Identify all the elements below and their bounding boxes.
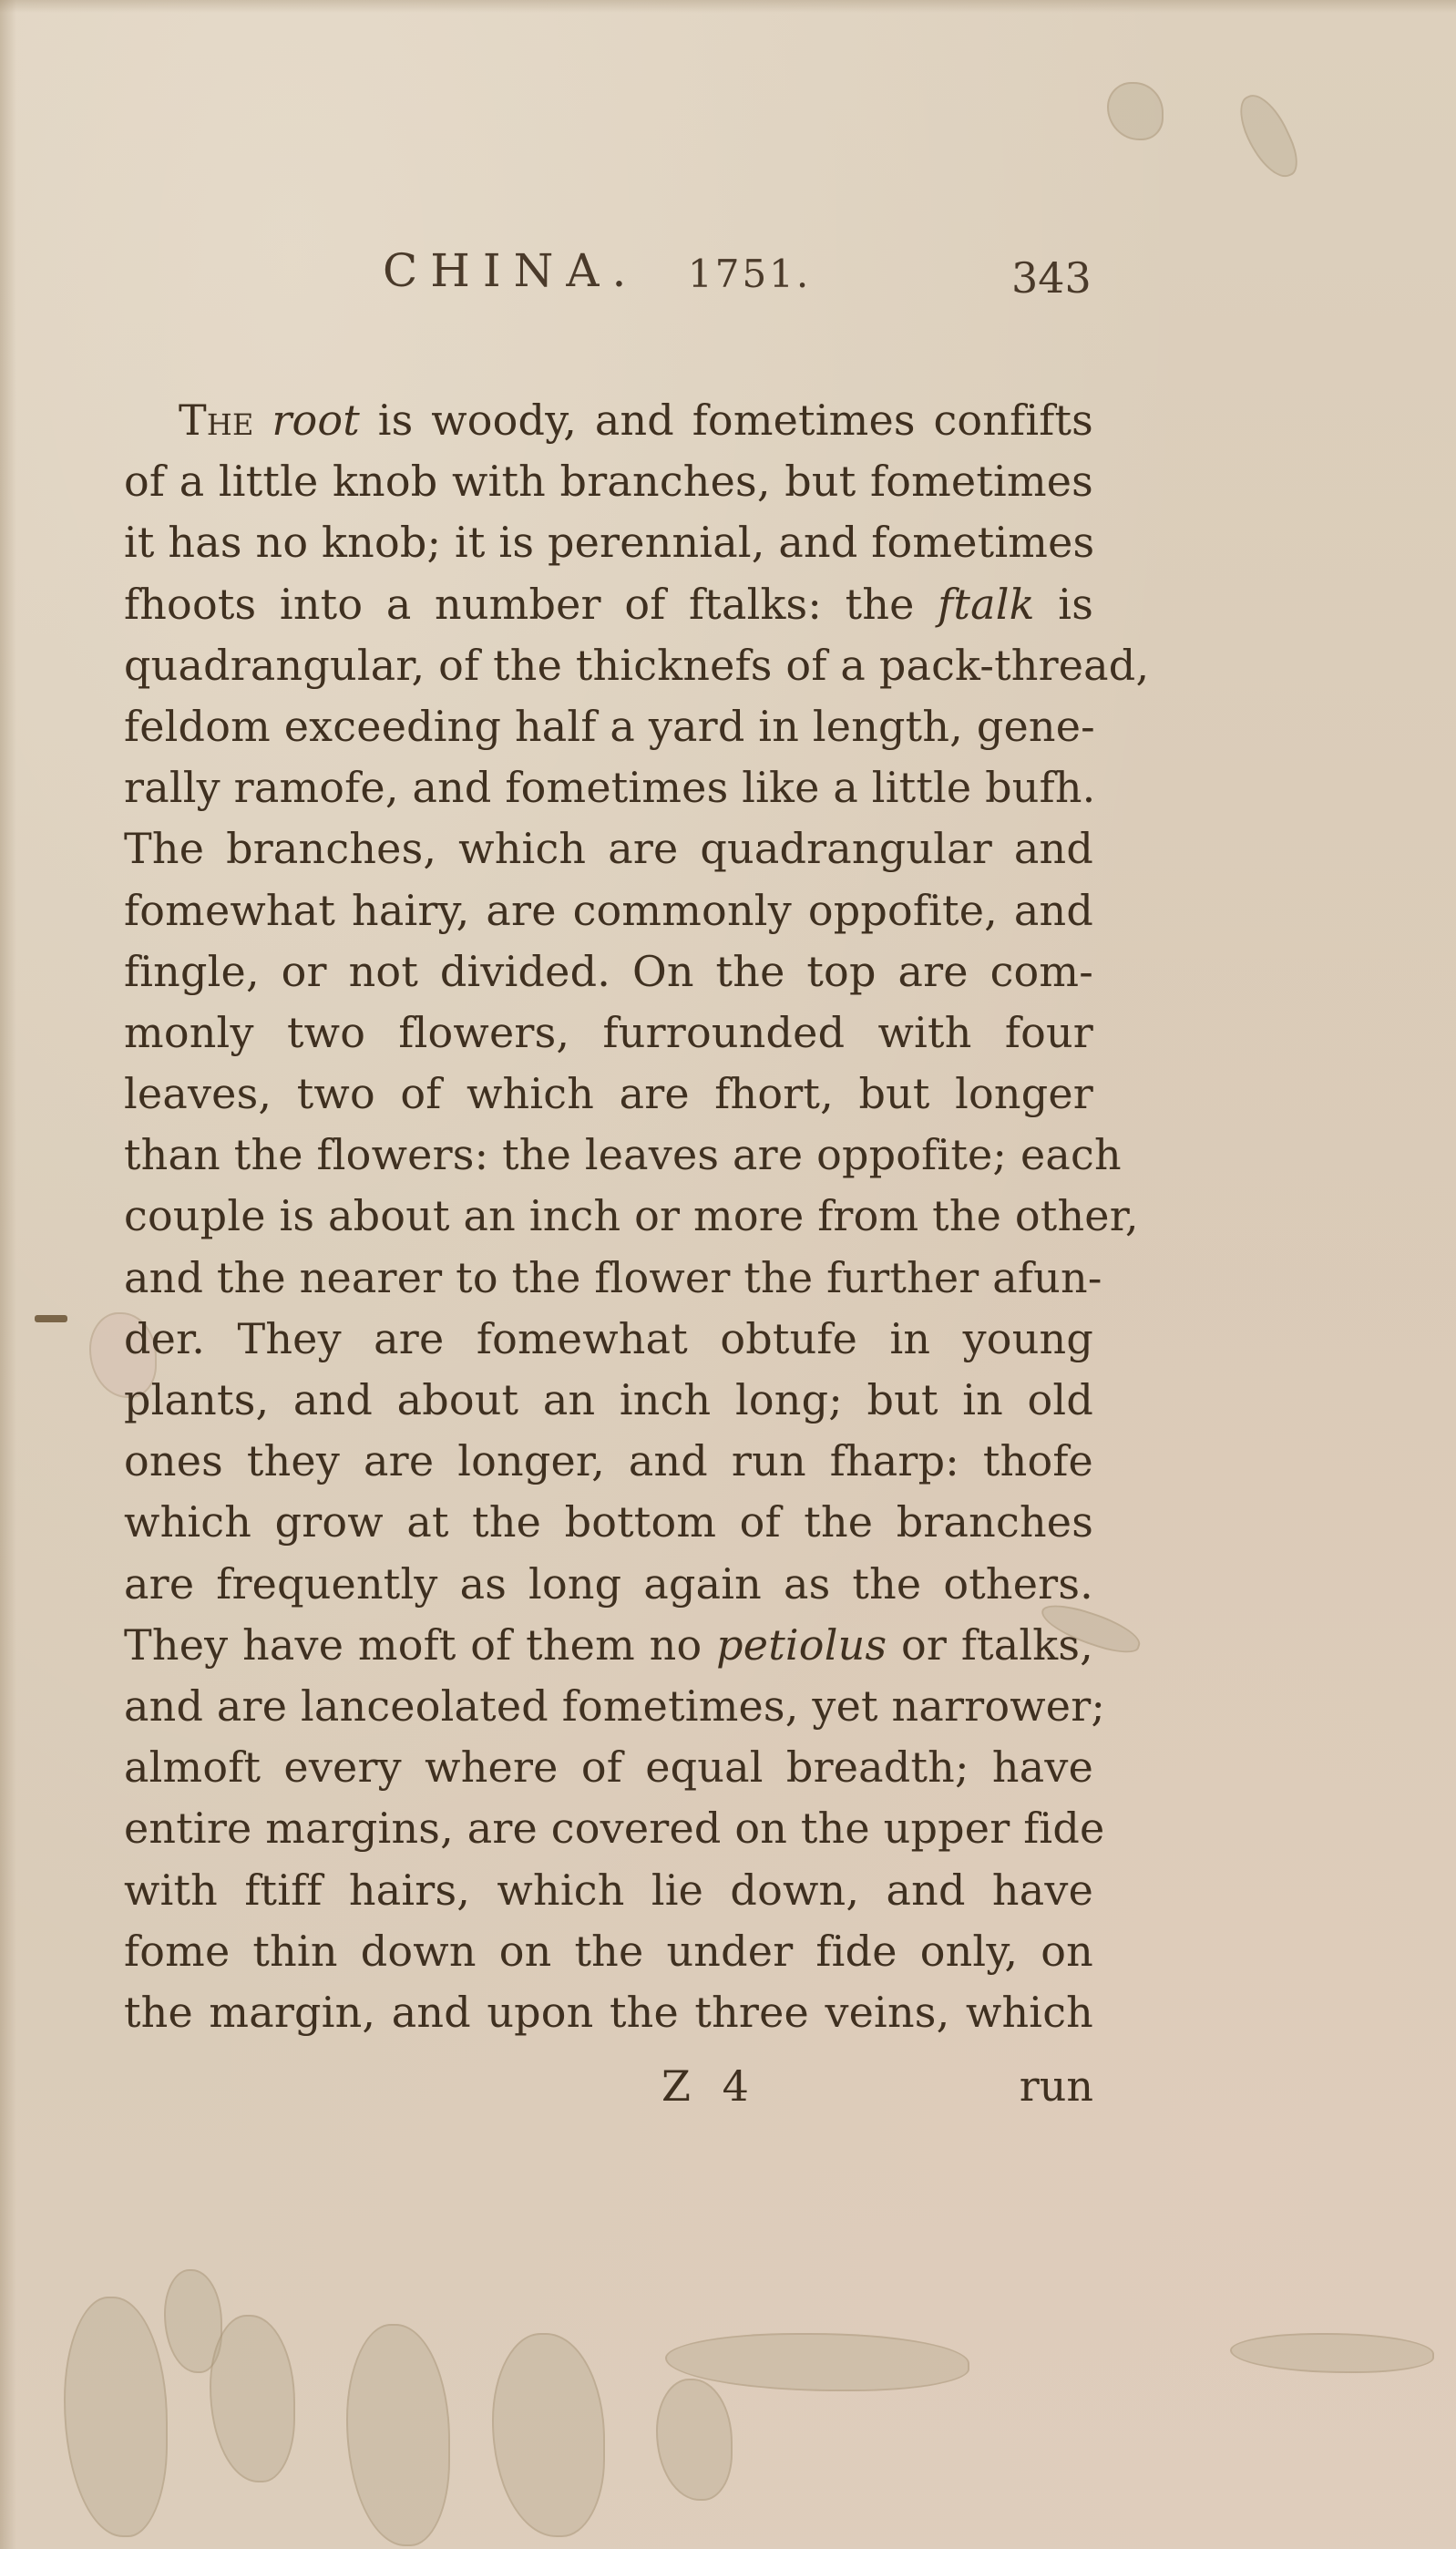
text-line: fome thin down on the under fide only, o… (124, 1921, 1093, 1982)
running-head-title: CHINA. (383, 244, 639, 297)
stain-top-right-2 (1231, 87, 1306, 185)
line-text: is woody, and fometimes confifts (378, 396, 1093, 445)
text-line: with ftiff hairs, which lie down, and ha… (124, 1860, 1093, 1921)
signature-mark: Z 4 (661, 2061, 758, 2111)
text-line: of a little knob with branches, but fome… (124, 451, 1093, 512)
page-footer: Z 4 run (124, 2061, 1093, 2125)
italic-term: root (272, 396, 360, 445)
text-line: quadrangular, of the thicknefs of a pack… (124, 635, 1093, 696)
text-line: The branches, which are quadrangular and (124, 818, 1093, 879)
running-head: CHINA. 1751. 343 (383, 244, 1102, 317)
text-line: They have moft of them no petiolus or ft… (124, 1615, 1093, 1676)
text-line: than the flowers: the leaves are oppofit… (124, 1125, 1093, 1186)
text-line: couple is about an inch or more from the… (124, 1186, 1093, 1247)
text-line: fhoots into a number of ftalks: the ftal… (124, 574, 1093, 635)
text-line: feldom exceeding half a yard in length, … (124, 696, 1093, 757)
stain-bottom-6 (665, 2333, 969, 2391)
text-line: it has no knob; it is perennial, and fom… (124, 512, 1093, 573)
lead-smallcaps: The (179, 396, 254, 445)
stain-bottom-3 (210, 2315, 295, 2482)
text-line: are frequently as long again as the othe… (124, 1554, 1093, 1615)
text-line: and are lanceolated fometimes, yet narro… (124, 1676, 1093, 1737)
text-line: almoft every where of equal breadth; hav… (124, 1737, 1093, 1798)
stain-bottom-8 (1230, 2333, 1434, 2373)
line-text: or ftalks, (901, 1620, 1093, 1670)
line-text: is (1058, 580, 1093, 629)
text-line: The root is woody, and fometimes confift… (124, 390, 1093, 451)
text-line: rally ramofe, and fometimes like a littl… (124, 757, 1093, 818)
text-line: which grow at the bottom of the branches (124, 1492, 1093, 1553)
text-line: plants, and about an inch long; but in o… (124, 1370, 1093, 1431)
page-edge-shadow-left (0, 0, 16, 2549)
text-line: fingle, or not divided. On the top are c… (124, 941, 1093, 1002)
line-text: They have moft of them no (124, 1620, 702, 1670)
text-line: entire margins, are covered on the upper… (124, 1798, 1093, 1859)
body-text: The root is woody, and fometimes confift… (124, 390, 1093, 2043)
running-head-year: 1751. (688, 252, 811, 296)
text-line: der. They are fomewhat obtufe in young (124, 1309, 1093, 1370)
page-number: 343 (1011, 253, 1092, 303)
stain-bottom-1 (64, 2297, 168, 2537)
stain-bottom-4 (346, 2324, 450, 2546)
stain-bottom-5 (492, 2333, 605, 2537)
italic-term: petiolus (716, 1620, 887, 1670)
text-line: the margin, and upon the three veins, wh… (124, 1982, 1093, 2043)
stain-top-right-1 (1107, 82, 1164, 140)
margin-mark (35, 1315, 67, 1322)
text-line: fomewhat hairy, are commonly oppofite, a… (124, 880, 1093, 941)
text-line: monly two flowers, furrounded with four (124, 1002, 1093, 1064)
text-line: ones they are longer, and run fharp: tho… (124, 1431, 1093, 1492)
stain-bottom-7 (656, 2379, 733, 2501)
italic-term: ftalk (938, 580, 1035, 629)
catchword: run (1020, 2061, 1093, 2111)
text-line: leaves, two of which are fhort, but long… (124, 1064, 1093, 1125)
page-edge-shadow-top (0, 0, 1456, 13)
book-page: CHINA. 1751. 343 The root is woody, and … (0, 0, 1456, 2549)
line-text: fhoots into a number of ftalks: the (124, 580, 915, 629)
text-line: and the nearer to the flower the further… (124, 1248, 1093, 1309)
